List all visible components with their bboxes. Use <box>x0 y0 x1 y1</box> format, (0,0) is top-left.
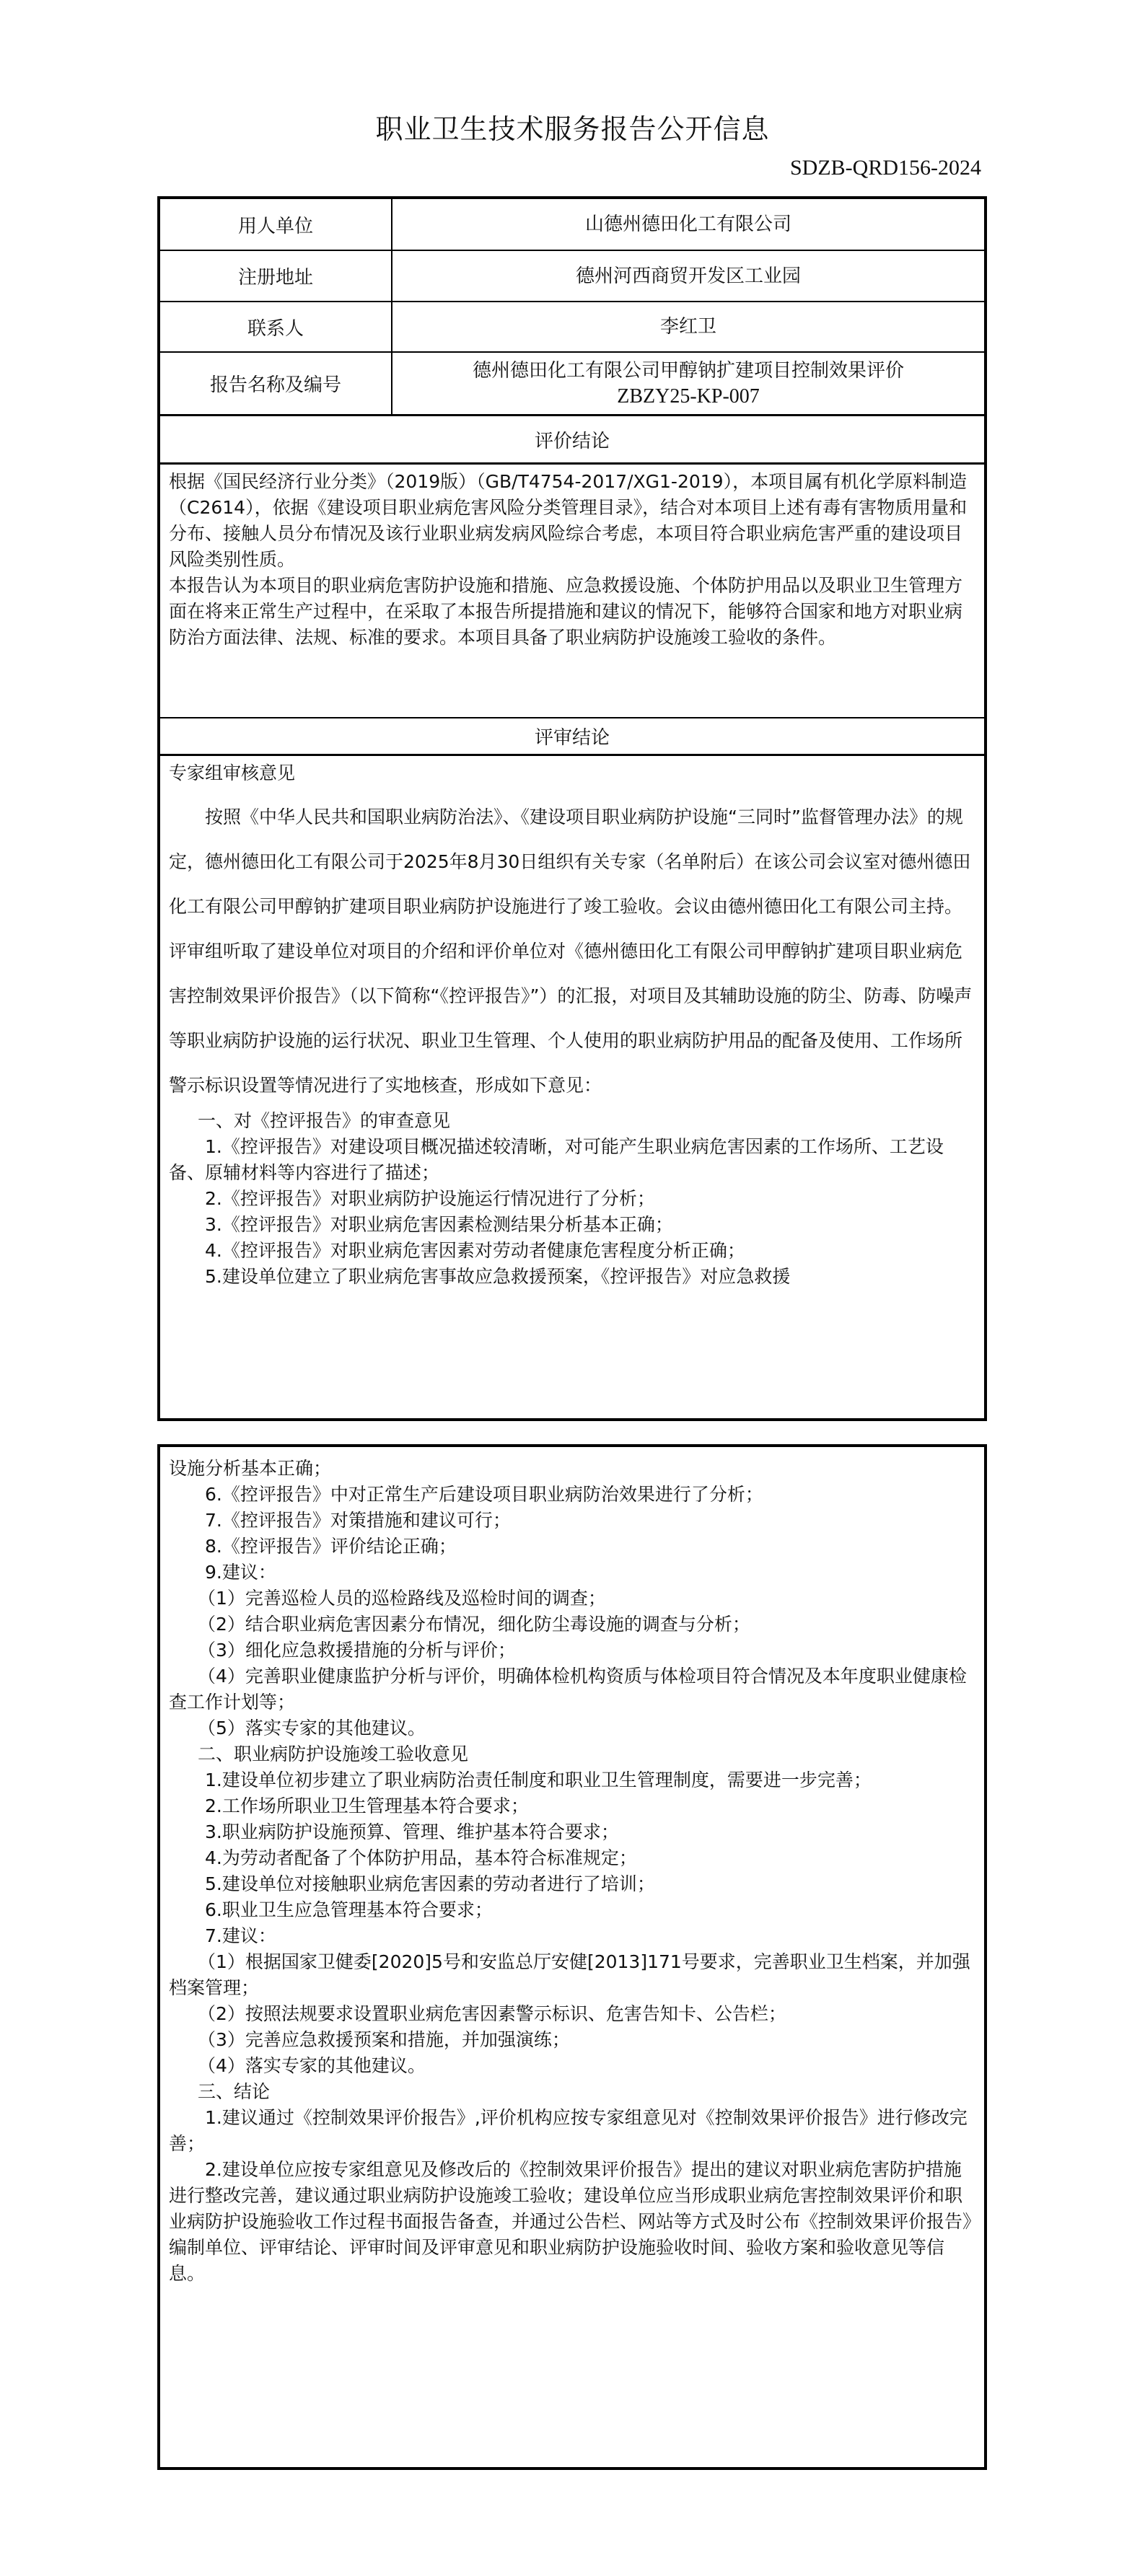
section2-item: 3.职业病防护设施预算、管理、维护基本符合要求； <box>169 1819 975 1845</box>
section1-item: 8.《控评报告》评价结论正确； <box>169 1534 975 1560</box>
info-row-contact: 联系人 李红卫 <box>160 302 984 353</box>
section3-item: 1.建议通过《控制效果评价报告》,评价机构应按专家组意见对《控制效果评价报告》进… <box>169 2105 975 2157</box>
section1-item-continued: 设施分析基本正确； <box>169 1456 975 1482</box>
section1-suggestion: （4）完善职业健康监护分析与评价，明确体检机构资质与体检项目符合情况及本年度职业… <box>169 1663 975 1715</box>
section3-item: 2.建设单位应按专家组意见及修改后的《控制效果评价报告》提出的建议对职业病危害防… <box>169 2157 975 2287</box>
section1-item: 3.《控评报告》对职业病危害因素检测结果分析基本正确； <box>169 1212 975 1238</box>
section1-item: 2.《控评报告》对职业病防护设施运行情况进行了分析； <box>169 1186 975 1212</box>
section1-item: 4.《控评报告》对职业病危害因素对劳动者健康危害程度分析正确； <box>169 1238 975 1264</box>
section1-item: 1.《控评报告》对建设项目概况描述较清晰，对可能产生职业病危害因素的工作场所、工… <box>169 1134 975 1186</box>
section2-suggestion: （4）落实专家的其他建议。 <box>169 2053 975 2079</box>
evaluation-conclusion: 根据《国民经济行业分类》（2019版）（GB/T4754-2017/XG1-20… <box>160 469 984 718</box>
section1-item: 9.建议： <box>169 1560 975 1586</box>
section2-item: 7.建议： <box>169 1923 975 1949</box>
section2-title: 二、职业病防护设施竣工验收意见 <box>169 1741 975 1767</box>
section2-item: 6.职业卫生应急管理基本符合要求； <box>169 1897 975 1923</box>
section1-item: 6.《控评报告》中对正常生产后建设项目职业病防治效果进行了分析； <box>169 1482 975 1508</box>
report-table-page-1: 用人单位 山德州德田化工有限公司 注册地址 德州河西商贸开发区工业园 联系人 李… <box>157 196 987 1421</box>
section2-item: 2.工作场所职业卫生管理基本符合要求； <box>169 1793 975 1819</box>
page-title: 职业卫生技术服务报告公开信息 <box>0 107 1145 146</box>
document-number: SDZB-QRD156-2024 <box>790 156 981 180</box>
info-row-employer: 用人单位 山德州德田化工有限公司 <box>160 199 984 251</box>
section3-title: 三、结论 <box>169 2079 975 2105</box>
info-label: 用人单位 <box>160 199 392 250</box>
section2-item: 4.为劳动者配备了个体防护用品，基本符合标准规定； <box>169 1845 975 1871</box>
info-value: 德州河西商贸开发区工业园 <box>392 251 984 301</box>
section1-item: 7.《控评报告》对策措施和建议可行； <box>169 1508 975 1534</box>
evaluation-paragraph: 根据《国民经济行业分类》（2019版）（GB/T4754-2017/XG1-20… <box>169 469 975 573</box>
section1-suggestion: （5）落实专家的其他建议。 <box>169 1715 975 1741</box>
section2-suggestion: （1）根据国家卫健委[2020]5号和安监总厅安健[2013]171号要求，完善… <box>169 1949 975 2001</box>
section1-suggestion: （2）结合职业病危害因素分布情况，细化防尘毒设施的调查与分析； <box>169 1612 975 1638</box>
section2-item: 1.建设单位初步建立了职业病防治责任制度和职业卫生管理制度，需要进一步完善； <box>169 1767 975 1793</box>
info-row-report: 报告名称及编号 德州德田化工有限公司甲醇钠扩建项目控制效果评价 ZBZY25-K… <box>160 353 984 416</box>
report-code: ZBZY25-KP-007 <box>617 384 760 410</box>
info-label: 联系人 <box>160 302 392 351</box>
review-intro: 按照《中华人民共和国职业病防治法》、《建设项目职业病防护设施“三同时”监督管理办… <box>169 795 975 1108</box>
section2-item: 5.建设单位对接触职业病危害因素的劳动者进行了培训； <box>169 1871 975 1897</box>
section1-suggestion: （1）完善巡检人员的巡检路线及巡检时间的调查； <box>169 1586 975 1612</box>
section1-title: 一、对《控评报告》的审查意见 <box>169 1108 975 1134</box>
info-value: 李红卫 <box>392 302 984 351</box>
review-content: 专家组审核意见 按照《中华人民共和国职业病防治法》、《建设项目职业病防护设施“三… <box>160 760 984 1290</box>
report-table-page-2: 设施分析基本正确； 6.《控评报告》中对正常生产后建设项目职业病防治效果进行了分… <box>157 1444 987 2470</box>
section2-suggestion: （2）按照法规要求设置职业病危害因素警示标识、危害告知卡、公告栏； <box>169 2001 975 2027</box>
section1-suggestion: （3）细化应急救援措施的分析与评价； <box>169 1638 975 1663</box>
section-heading-evaluation: 评价结论 <box>160 416 984 465</box>
info-value: 德州德田化工有限公司甲醇钠扩建项目控制效果评价 ZBZY25-KP-007 <box>392 353 984 414</box>
section1-item: 5.建设单位建立了职业病危害事故应急救援预案，《控评报告》对应急救援 <box>169 1264 975 1290</box>
info-label: 注册地址 <box>160 251 392 301</box>
info-value: 山德州德田化工有限公司 <box>392 199 984 250</box>
review-subheading: 专家组审核意见 <box>169 760 975 786</box>
report-name: 德州德田化工有限公司甲醇钠扩建项目控制效果评价 <box>473 358 904 384</box>
info-row-address: 注册地址 德州河西商贸开发区工业园 <box>160 251 984 302</box>
section-heading-review: 评审结论 <box>160 718 984 756</box>
section2-suggestion: （3）完善应急救援预案和措施，并加强演练； <box>169 2027 975 2053</box>
info-label: 报告名称及编号 <box>160 353 392 414</box>
review-content-continued: 设施分析基本正确； 6.《控评报告》中对正常生产后建设项目职业病防治效果进行了分… <box>160 1456 984 2287</box>
evaluation-paragraph: 本报告认为本项目的职业病危害防护设施和措施、应急救援设施、个体防护用品以及职业卫… <box>169 573 975 651</box>
